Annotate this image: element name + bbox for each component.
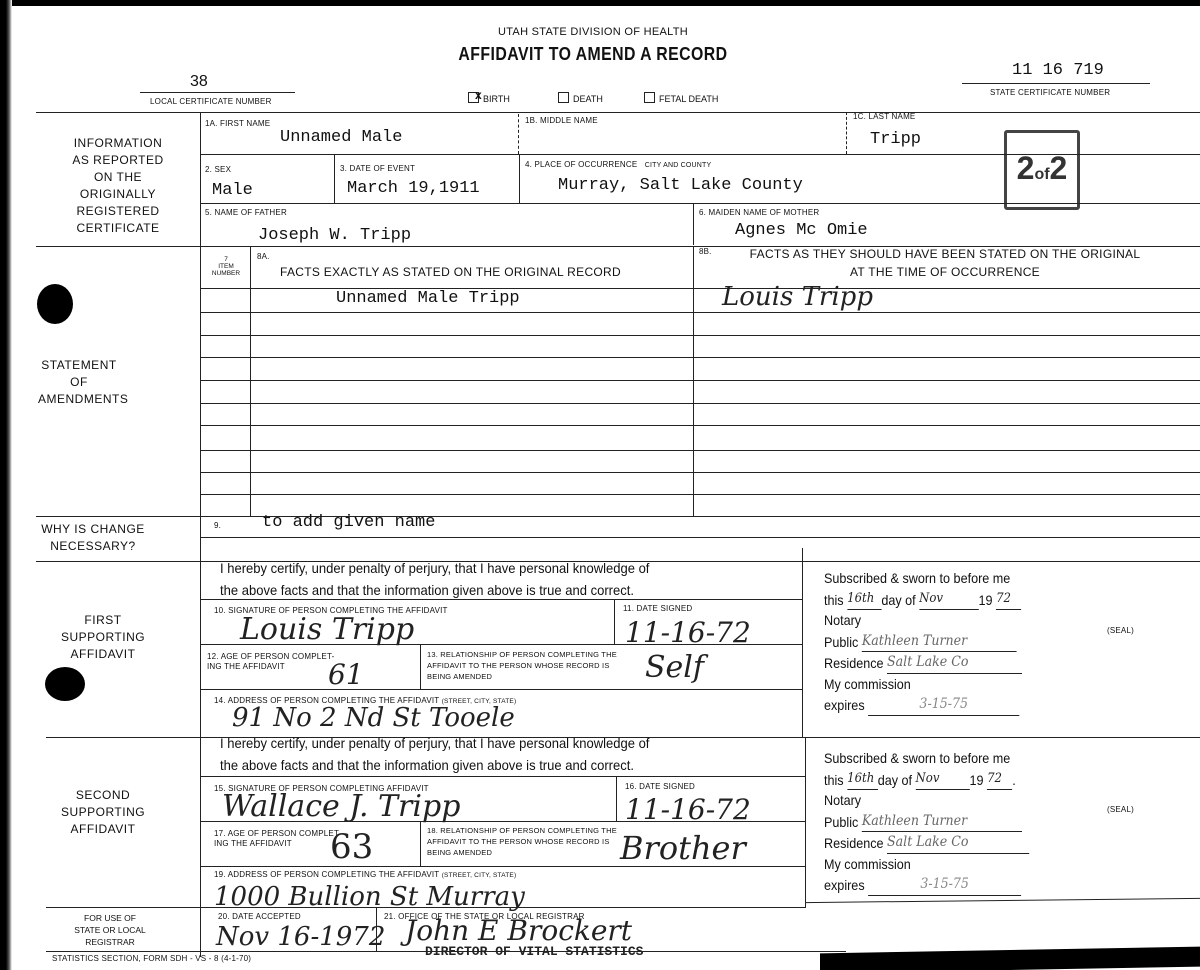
divider [36,516,1200,517]
divider [420,821,421,866]
record-type-death[interactable]: DEATH [558,92,603,104]
first-name-label: 1A. FIRST NAME [205,119,270,128]
punch-hole [37,284,73,324]
section-label-registrar: FOR USE OFSTATE OR LOCALREGISTRAR [50,912,170,948]
second-relationship-label: 18. RELATIONSHIP OF PERSON COMPLETING TH… [427,825,617,858]
second-date-label: 16. DATE SIGNED [625,782,695,791]
divider [46,907,806,908]
section-label-second-affidavit: SECONDSUPPORTINGAFFIDAVIT [38,787,168,838]
second-notary-block: Subscribed & sworn to before me this 16t… [824,748,1029,896]
registrar-signature: John E Brockert [405,914,632,947]
last-name-label: 1C. LAST NAME [853,112,915,121]
second-relationship: Brother [620,829,746,867]
first-name-value: Unnamed Male [280,128,402,147]
scan-top-edge [0,0,1200,6]
divider [200,689,802,690]
divider [200,450,1200,451]
divider [693,203,694,245]
divider [140,92,295,93]
divider [200,403,1200,404]
mother-label: 6. MAIDEN NAME OF MOTHER [699,208,819,217]
divider [200,112,201,957]
first-signature: Louis Tripp [240,612,414,647]
col-a-title: FACTS EXACTLY AS STATED ON THE ORIGINAL … [280,265,621,279]
mother-value: Agnes Mc Omie [735,221,868,240]
divider [693,246,694,516]
divider [200,425,1200,426]
date-of-event-value: March 19,1911 [347,179,480,198]
birth-checkbox[interactable] [468,92,479,103]
col-a-num: 8A. [257,252,270,261]
section-label-amendments: STATEMENTOFAMENDMENTS [38,357,120,408]
first-notary-block: Subscribed & sworn to before me this 16t… [824,568,1022,716]
divider [420,644,421,689]
first-age: 61 [328,658,364,691]
agency-name: UTAH STATE DIVISION OF HEALTH [0,26,1186,38]
first-date-label: 11. DATE SIGNED [623,604,692,613]
second-age-label: 17. AGE OF PERSON COMPLET-ING THE AFFIDA… [214,829,341,849]
divider [518,114,519,154]
divider [46,951,846,952]
item-number-label: 7ITEMNUMBER [204,256,248,277]
last-name-value: Tripp [870,130,921,149]
fetal-death-checkbox[interactable] [644,92,655,103]
divider [200,335,1200,336]
divider [334,154,335,203]
first-address: 91 No 2 Nd St Tooele [232,703,515,733]
date-accepted-label: 20. DATE ACCEPTED [218,912,301,921]
form-id: STATISTICS SECTION, FORM SDH - VS - 8 (4… [52,954,251,963]
divider [200,312,1200,313]
state-certificate-label: STATE CERTIFICATE NUMBER [990,88,1110,97]
divider [200,357,1200,358]
punch-hole [45,667,85,701]
first-age-label: 12. AGE OF PERSON COMPLET-ING THE AFFIDA… [207,652,334,672]
place-label: 4. PLACE OF OCCURRENCE CITY AND COUNTY [525,160,711,169]
divider [200,494,1200,495]
reason-value: to add given name [262,513,435,532]
father-value: Joseph W. Tripp [258,226,411,245]
scan-bottom-edge [820,947,1200,970]
record-type-birth[interactable]: BIRTH [468,92,510,104]
second-certify-text: I hereby certify, under penalty of perju… [220,732,649,776]
second-age: 63 [330,827,373,867]
divider [36,112,1200,113]
state-certificate-number: 11 16 719 [1012,61,1104,80]
first-relationship-label: 13. RELATIONSHIP OF PERSON COMPLETING TH… [427,649,617,682]
amendment-original-value: Unnamed Male Tripp [336,289,520,308]
second-address-label: 19. ADDRESS OF PERSON COMPLETING THE AFF… [214,870,516,879]
date-accepted: Nov 16-1972 [216,922,385,952]
reason-num: 9. [214,521,221,530]
second-signature: Wallace J. Tripp [222,789,460,824]
amendment-corrected-value: Louis Tripp [722,282,873,312]
death-checkbox[interactable] [558,92,569,103]
divider [802,548,803,738]
local-certificate-number: 38 [190,73,208,91]
second-seal-label: (SEAL) [1107,805,1134,814]
sex-value: Male [212,181,253,200]
col-b-title: FACTS AS THEY SHOULD HAVE BEEN STATED ON… [720,245,1170,281]
first-relationship: Self [645,650,704,685]
divider [200,154,1200,155]
divider [200,203,1200,204]
place-value: Murray, Salt Lake County [558,176,803,195]
section-label-reason: WHY IS CHANGENECESSARY? [38,521,148,555]
divider [200,644,802,645]
divider [962,83,1150,84]
divider [616,776,617,821]
date-of-event-label: 3. DATE OF EVENT [340,164,415,173]
sex-label: 2. SEX [205,165,231,174]
divider [200,866,805,867]
divider [519,154,520,203]
divider [805,737,806,907]
record-type-fetal-death[interactable]: FETAL DEATH [644,92,718,104]
divider [200,472,1200,473]
divider [200,821,805,822]
form-title: AFFIDAVIT TO AMEND A RECORD [71,44,1115,65]
divider [250,246,251,516]
first-certify-text: I hereby certify, under penalty of perju… [220,557,649,601]
section-label-first-affidavit: FIRSTSUPPORTINGAFFIDAVIT [38,612,168,663]
page-stamp: 2of2 [1004,130,1080,210]
divider [805,898,1200,903]
scan-left-edge [0,0,12,970]
divider [614,599,615,644]
divider [846,112,847,154]
local-certificate-label: LOCAL CERTIFICATE NUMBER [150,97,272,106]
divider [200,599,802,600]
middle-name-label: 1B. MIDDLE NAME [525,116,598,125]
divider [200,776,805,777]
col-b-num: 8B. [699,247,712,256]
first-seal-label: (SEAL) [1107,626,1134,635]
divider [200,380,1200,381]
section-label-original-info: INFORMATIONAS REPORTEDON THEORIGINALLYRE… [38,135,198,237]
divider [200,537,1200,538]
divider [376,907,377,951]
father-label: 5. NAME OF FATHER [205,208,287,217]
